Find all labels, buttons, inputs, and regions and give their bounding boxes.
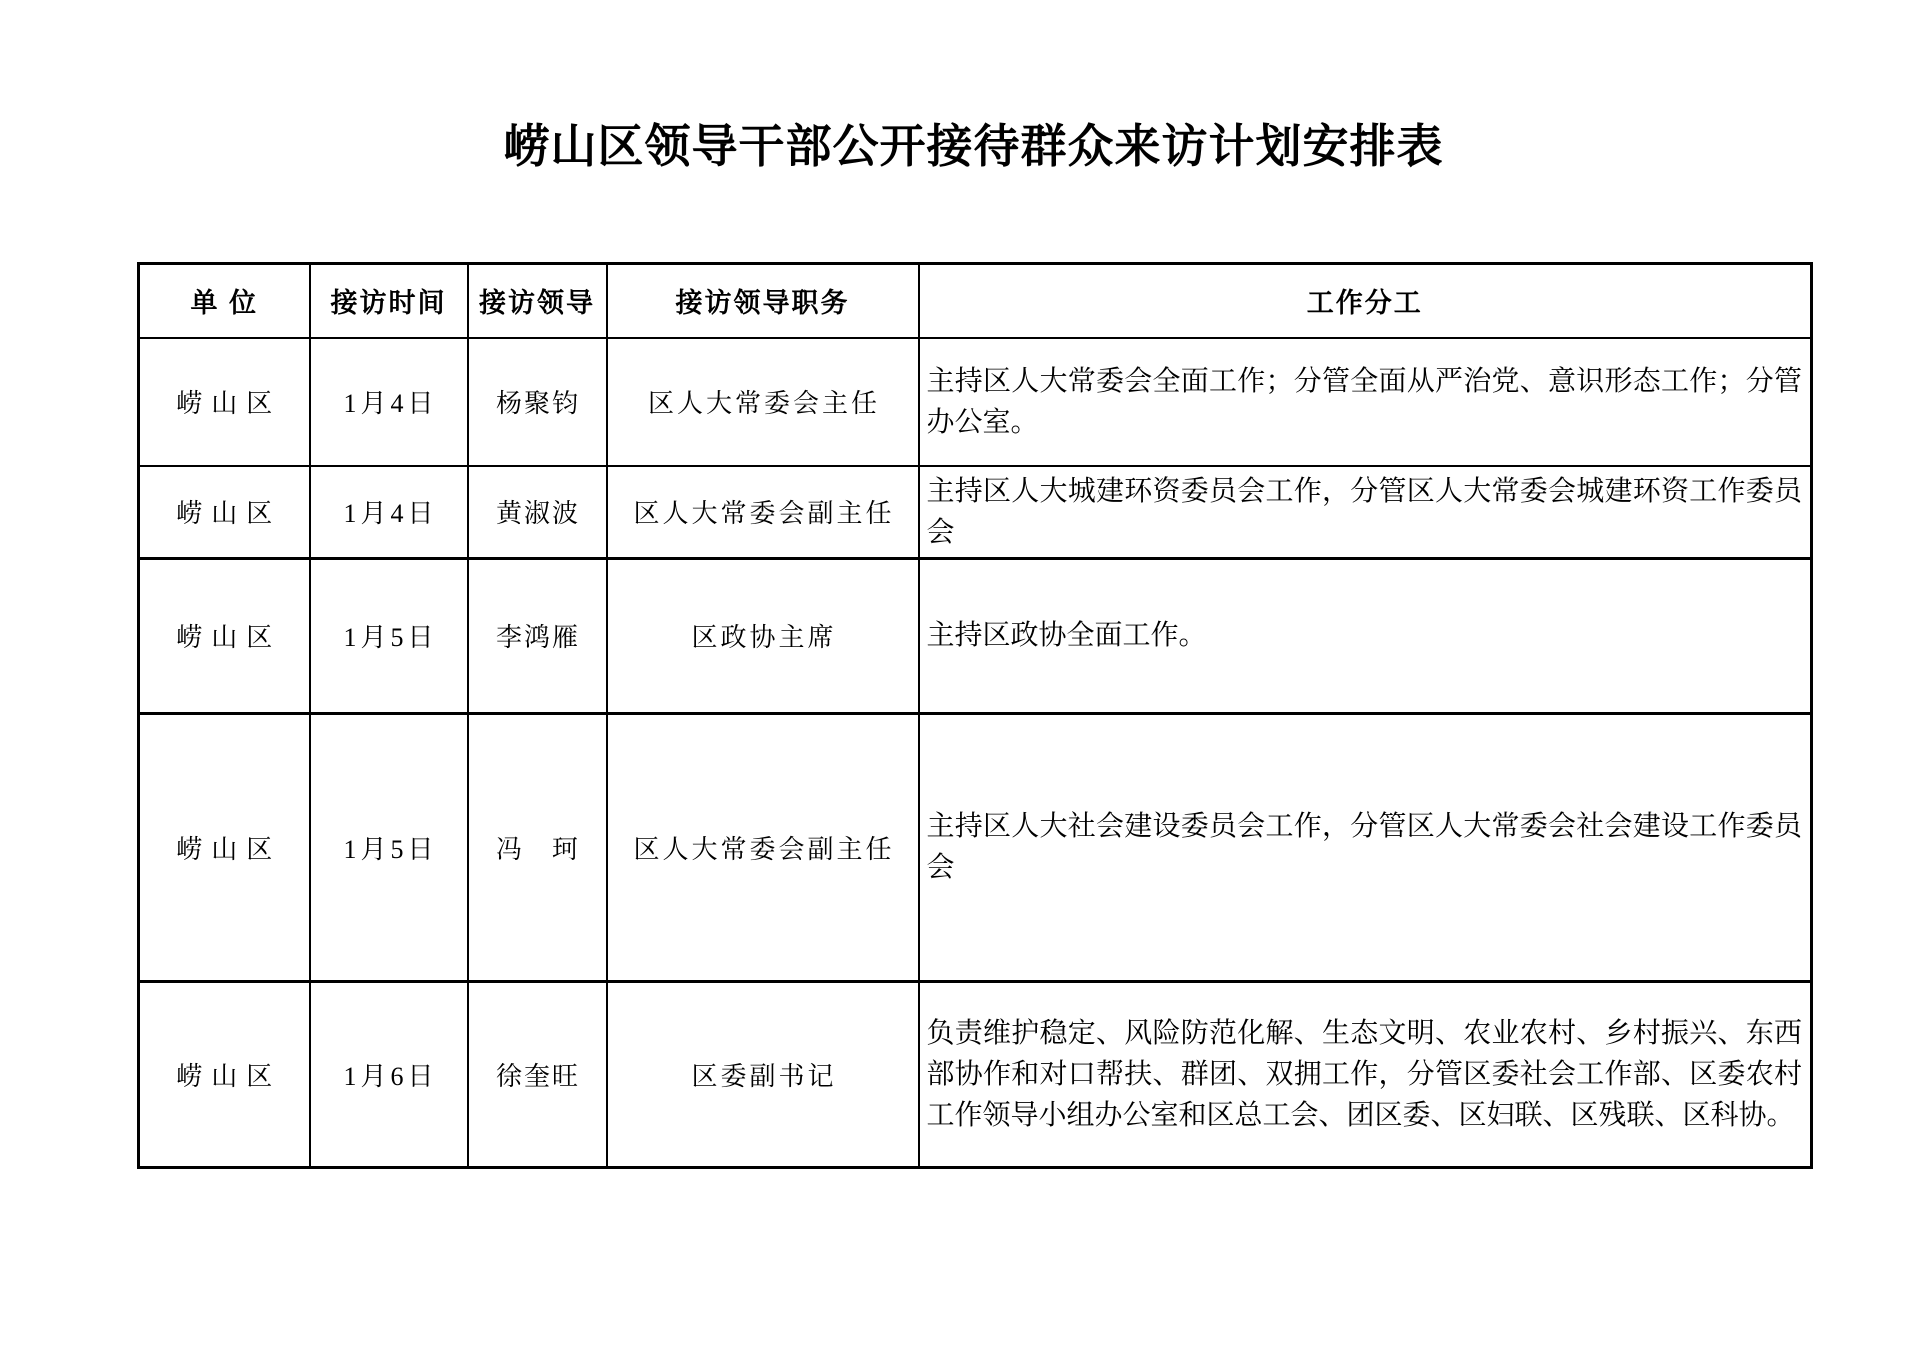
leader-cell: 徐奎旺 — [468, 981, 607, 1167]
unit-cell: 崂山区 — [139, 466, 310, 559]
position-cell: 区政协主席 — [607, 558, 919, 713]
date-cell: 1月5日 — [310, 713, 468, 981]
document-page: 崂山区领导干部公开接待群众来访计划安排表 单 位 接访时间 接访领导 接访领导职… — [0, 0, 1920, 1358]
duties-cell: 主持区人大城建环资委员会工作，分管区人大常委会城建环资工作委员会 — [919, 466, 1812, 559]
date-cell: 1月4日 — [310, 338, 468, 466]
position-cell: 区人大常委会副主任 — [607, 466, 919, 559]
leader-cell: 李鸿雁 — [468, 558, 607, 713]
table-row: 崂山区 1月6日 徐奎旺 区委副书记 负责维护稳定、风险防范化解、生态文明、农业… — [139, 981, 1812, 1167]
position-cell: 区人大常委会主任 — [607, 338, 919, 466]
reception-schedule-table: 单 位 接访时间 接访领导 接访领导职务 工作分工 崂山区 1月4日 杨聚钧 区… — [137, 262, 1813, 1169]
date-cell: 1月4日 — [310, 466, 468, 559]
position-cell: 区委副书记 — [607, 981, 919, 1167]
table-row: 崂山区 1月5日 冯 珂 区人大常委会副主任 主持区人大社会建设委员会工作，分管… — [139, 713, 1812, 981]
duties-cell: 负责维护稳定、风险防范化解、生态文明、农业农村、乡村振兴、东西部协作和对口帮扶、… — [919, 981, 1812, 1167]
unit-cell: 崂山区 — [139, 558, 310, 713]
leader-cell: 杨聚钧 — [468, 338, 607, 466]
leader-cell: 冯 珂 — [468, 713, 607, 981]
table-row: 崂山区 1月4日 黄淑波 区人大常委会副主任 主持区人大城建环资委员会工作，分管… — [139, 466, 1812, 559]
date-cell: 1月6日 — [310, 981, 468, 1167]
header-duties: 工作分工 — [919, 264, 1812, 338]
table-row: 崂山区 1月5日 李鸿雁 区政协主席 主持区政协全面工作。 — [139, 558, 1812, 713]
table-header-row: 单 位 接访时间 接访领导 接访领导职务 工作分工 — [139, 264, 1812, 338]
unit-cell: 崂山区 — [139, 713, 310, 981]
duties-cell: 主持区政协全面工作。 — [919, 558, 1812, 713]
header-leader: 接访领导 — [468, 264, 607, 338]
date-cell: 1月5日 — [310, 558, 468, 713]
duties-cell: 主持区人大社会建设委员会工作，分管区人大常委会社会建设工作委员会 — [919, 713, 1812, 981]
header-unit: 单 位 — [139, 264, 310, 338]
unit-cell: 崂山区 — [139, 338, 310, 466]
header-date: 接访时间 — [310, 264, 468, 338]
header-position: 接访领导职务 — [607, 264, 919, 338]
table-row: 崂山区 1月4日 杨聚钧 区人大常委会主任 主持区人大常委会全面工作；分管全面从… — [139, 338, 1812, 466]
unit-cell: 崂山区 — [139, 981, 310, 1167]
leader-cell: 黄淑波 — [468, 466, 607, 559]
position-cell: 区人大常委会副主任 — [607, 713, 919, 981]
duties-cell: 主持区人大常委会全面工作；分管全面从严治党、意识形态工作；分管办公室。 — [919, 338, 1812, 466]
page-title: 崂山区领导干部公开接待群众来访计划安排表 — [137, 110, 1810, 176]
